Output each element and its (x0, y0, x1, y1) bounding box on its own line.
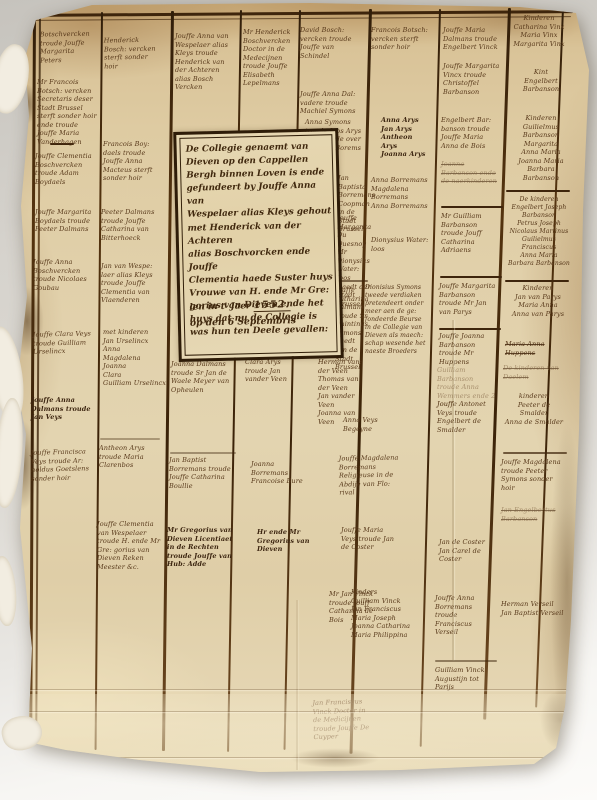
entry-c5-7: Anna Veys Begeyne (343, 416, 385, 433)
fold-crease (0, 689, 597, 690)
entry-c7-11: Guilliam Vinck Augustijn tot Parijs (435, 666, 495, 692)
entry-c8-8: Jouffe Magdalena troude Peeter Symons so… (501, 458, 563, 492)
entry-c7-0: Jouffe Maria Dalmans troude Engelbert Vi… (443, 26, 501, 52)
entry-c7-5: Jouffe Margarita Barbanson troude Mr Jan… (439, 282, 499, 316)
entry-c8-1: Kint Engelbert Barbanson (511, 68, 571, 94)
entry-c4-0: Mr Henderick Boschvercken Doctor in de M… (243, 28, 297, 88)
entry-c2-0: Henderick Bosch: vercken sterft sonder h… (104, 35, 163, 70)
cartouche-year-prefix: len in t' Jaer (189, 301, 253, 313)
entry-c6-0: Francois Botsch: vercken sterft sonder h… (371, 26, 429, 52)
entry-c6-6: Jouffe Maria Veys troude Jan de Coster (341, 526, 397, 552)
entry-c7-3: Joanna Barbanson ende de naerkinderen (441, 160, 501, 186)
entry-c2-3: Jan van Wespe: laer alias Kleys troude J… (101, 262, 165, 305)
entry-c7-1: Jouffe Margarita Vincx troude Christoffe… (443, 62, 503, 96)
entry-c5-0: David Bosch: vercken troude Jouffe van S… (300, 26, 362, 60)
entry-c8-6: De kinderen van Daelem (503, 364, 565, 381)
entry-c6-3: Dionysius Water: loos (371, 236, 429, 253)
fold-crease (0, 757, 597, 758)
entry-c1-2: Jouffe Clementia Boschvercken troude Ada… (35, 152, 97, 186)
cartouche-year: 1552. (254, 299, 291, 312)
entry-c2-2: Peeter Dalmans troude Jouffe Catharina v… (101, 208, 165, 242)
entry-c8-9: Jan Engelbertus Barbanson (501, 506, 565, 523)
entry-c1-3: Jouffe Margarita Boydaels troude Peeter … (35, 208, 97, 234)
entry-c8-10: Herman Verseil Jan Baptist Verseil (501, 600, 567, 617)
entry-c7-4: Mr Guilliam Barbanson troude Jouff Catha… (441, 212, 501, 255)
entry-c1-4: Jouffe Anna Boschvercken troude Nicolaes… (33, 258, 97, 292)
entry-c6-1: Anna Arys Jan Arys Antheon Arys Joanna A… (381, 116, 431, 159)
entry-c6-5: Jouffe Magdalena Borremans Religieuse in… (339, 453, 402, 497)
paper-stain (540, 690, 580, 750)
row-separator (440, 276, 502, 278)
entry-c7-2: Engelbert Bar: banson troude Jouffe Mari… (441, 116, 501, 150)
fold-crease (0, 711, 597, 712)
entry-c8-0: Kinderen Catharina Vinx Maria Vinx Marga… (509, 14, 569, 48)
vertical-crease (296, 600, 298, 770)
row-separator (439, 328, 501, 330)
entry-c1-6: Jouffe Anna Dalmans troude Jan Veys (31, 396, 95, 422)
entry-c2-4: met kinderen Jan Urselincx Anna Magdalen… (103, 328, 167, 388)
row-separator (506, 190, 570, 192)
entry-c4-1: Clara Arys troude Jan vander Veen (245, 358, 303, 384)
entry-c2-6: Jouffe Clementia van Wespelaer troude H.… (97, 520, 163, 571)
top-border-rule-thin (33, 16, 571, 21)
entry-c8-3: De kinderen Engelbert Joseph Barbanson P… (505, 196, 573, 268)
cartouche-date-line: op den 6 Septembris (190, 314, 296, 330)
entry-c6-4: Dionisius Symons tweede verdiaken preten… (365, 284, 427, 356)
entry-c7-10: Jouffe Anna Borremans troude Franciscus … (435, 594, 495, 637)
cartouche-year-line: len in t' Jaer 1552. (189, 298, 290, 315)
row-separator (170, 452, 236, 454)
entry-c6-7: Kinders Guilliam Vinck Jan Franciscus Ma… (351, 588, 417, 639)
entry-c7-9: Jan de Coster Jan Carel de Coster (439, 538, 495, 564)
foundation-cartouche: De Collegie genaemt van Dieven op den Ca… (173, 128, 344, 362)
entry-c5-1: Jouffe Anna Dal: vadere troude Machiel S… (300, 90, 362, 116)
entry-c8-2: Kinderen Guilielmus Barbanson Margarita … (509, 114, 573, 183)
entry-c4-2: Joanna Borremans Francoise Bure (251, 460, 311, 486)
entry-c3-2: Jan Baptist Borremans troude Jouffe Cath… (169, 456, 235, 490)
entry-c1-1: Mr Francois Botsch: vercken Secretaris d… (37, 78, 99, 147)
row-separator (100, 438, 160, 440)
entry-c1-7: Jouffe Francisca Veys troude Ar: noldus … (31, 447, 96, 483)
row-separator (505, 280, 569, 282)
entry-c3-1: Joanna Dalmans troude Sr Jan de Waele Me… (171, 360, 235, 394)
sheet-shadow-wrap: Botschvercken troude Jouffe Margarita Pe… (0, 0, 597, 800)
entry-c1-5: Jouffe Clara Veys troude Guilliam Urseli… (33, 329, 94, 356)
entry-c2-1: Francois Boy: daels troude Jouffe Anna M… (103, 140, 163, 183)
paper-stain (290, 748, 380, 768)
row-separator (441, 206, 503, 208)
entry-c1-0: Botschvercken troude Jouffe Margarita Pe… (40, 30, 97, 65)
row-separator (435, 660, 497, 662)
row-separator (503, 452, 567, 454)
entry-c2-5: Antheon Arys troude Maria Clarenbos (99, 444, 161, 470)
entry-c7-6: Jouffe Joanna Barbanson troude Mr Huppen… (439, 332, 499, 366)
entry-c7-8: Jouffe Antonet Veys troude Engelbert de … (437, 400, 497, 434)
entry-c8-7: kinderen Peeter de Smalder Anna de Smald… (503, 392, 565, 426)
manuscript-photograph: Botschvercken troude Jouffe Margarita Pe… (0, 0, 597, 800)
entry-c3-3: Mr Gregorius van Dieven Licentiaet in de… (167, 526, 235, 569)
entry-c8-5: Maria Anna Huppens (505, 340, 567, 357)
entry-c6-8-bottom-note: Jan Franciscus Vinck Doctor in de Medici… (312, 697, 375, 742)
entry-c4-3: Hr ende Mr Gregorius van Dieven (257, 528, 313, 554)
entry-c3-0: Jouffe Anna van Wespelaer alias Kleys tr… (175, 32, 235, 92)
manuscript-sheet: Botschvercken troude Jouffe Margarita Pe… (0, 0, 597, 800)
entry-c8-4: Kinderen Jan van Parys Maria Anna Anna v… (507, 284, 569, 318)
entry-c6-2: Anna Borremans Magdalena Borremans Anna … (371, 176, 433, 210)
